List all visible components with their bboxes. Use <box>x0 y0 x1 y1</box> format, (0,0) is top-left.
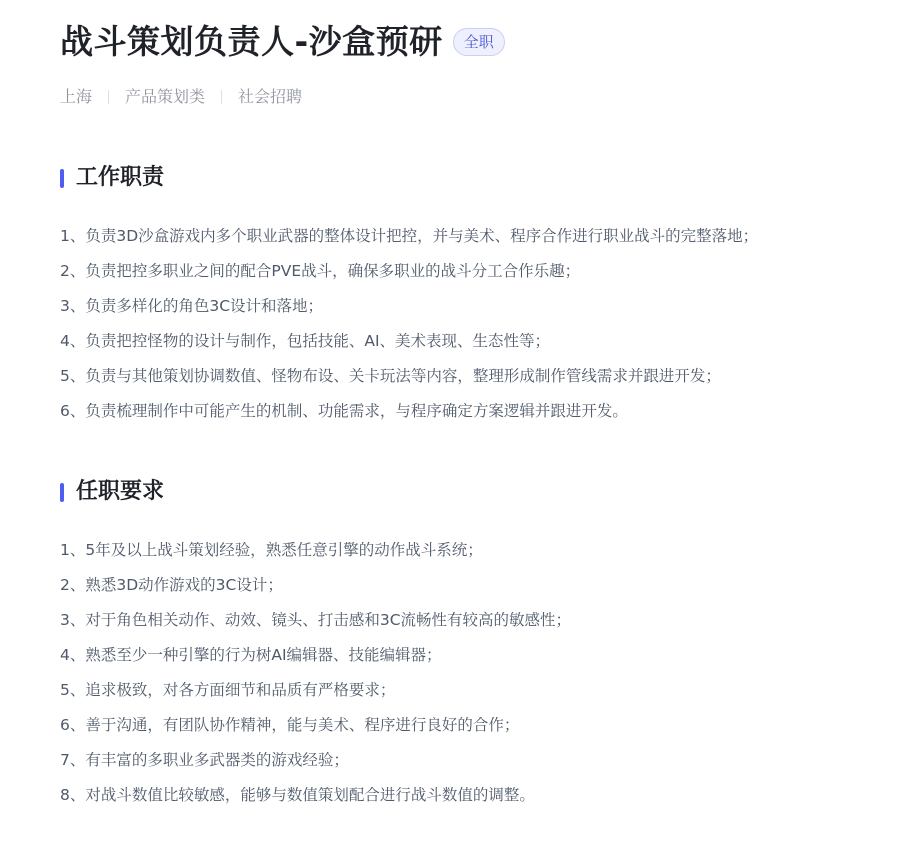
section-requirements: 任职要求 1、5年及以上战斗策划经验，熟悉任意引擎的动作战斗系统； 2、熟悉3D… <box>60 477 900 813</box>
job-meta: 上海 产品策划类 社会招聘 <box>60 86 302 108</box>
title-row: 战斗策划负责人-沙盒预研 全职 <box>60 20 505 64</box>
list-item: 4、熟悉至少一种引擎的行为树AI编辑器、技能编辑器； <box>60 638 900 673</box>
section-heading: 任职要求 <box>60 477 900 507</box>
accent-bar <box>60 169 64 188</box>
list-item: 8、对战斗数值比较敏感，能够与数值策划配合进行战斗数值的调整。 <box>60 778 900 813</box>
section-responsibilities: 工作职责 1、负责3D沙盒游戏内多个职业武器的整体设计把控，并与美术、程序合作进… <box>60 163 900 429</box>
section-heading: 工作职责 <box>60 163 900 193</box>
meta-divider <box>221 90 222 104</box>
job-title: 战斗策划负责人-沙盒预研 <box>60 20 443 64</box>
list-item: 1、5年及以上战斗策划经验，熟悉任意引擎的动作战斗系统； <box>60 533 900 568</box>
meta-recruit-type: 社会招聘 <box>238 86 302 108</box>
list-item: 4、负责把控怪物的设计与制作，包括技能、AI、美术表现、生态性等； <box>60 324 900 359</box>
job-type-badge: 全职 <box>453 28 505 56</box>
section-title: 工作职责 <box>76 163 164 193</box>
list-item: 5、负责与其他策划协调数值、怪物布设、关卡玩法等内容，整理形成制作管线需求并跟进… <box>60 359 900 394</box>
meta-location: 上海 <box>60 86 92 108</box>
list-item: 2、熟悉3D动作游戏的3C设计； <box>60 568 900 603</box>
meta-divider <box>108 90 109 104</box>
list-item: 2、负责把控多职业之间的配合PVE战斗，确保多职业的战斗分工合作乐趣； <box>60 254 900 289</box>
list-item: 6、负责梳理制作中可能产生的机制、功能需求，与程序确定方案逻辑并跟进开发。 <box>60 394 900 429</box>
requirements-list: 1、5年及以上战斗策划经验，熟悉任意引擎的动作战斗系统； 2、熟悉3D动作游戏的… <box>60 533 900 813</box>
meta-category: 产品策划类 <box>125 86 205 108</box>
list-item: 3、对于角色相关动作、动效、镜头、打击感和3C流畅性有较高的敏感性； <box>60 603 900 638</box>
list-item: 1、负责3D沙盒游戏内多个职业武器的整体设计把控，并与美术、程序合作进行职业战斗… <box>60 219 900 254</box>
responsibilities-list: 1、负责3D沙盒游戏内多个职业武器的整体设计把控，并与美术、程序合作进行职业战斗… <box>60 219 900 429</box>
list-item: 7、有丰富的多职业多武器类的游戏经验； <box>60 743 900 778</box>
accent-bar <box>60 483 64 502</box>
list-item: 5、追求极致，对各方面细节和品质有严格要求； <box>60 673 900 708</box>
list-item: 3、负责多样化的角色3C设计和落地； <box>60 289 900 324</box>
list-item: 6、善于沟通，有团队协作精神，能与美术、程序进行良好的合作； <box>60 708 900 743</box>
section-title: 任职要求 <box>76 477 164 507</box>
